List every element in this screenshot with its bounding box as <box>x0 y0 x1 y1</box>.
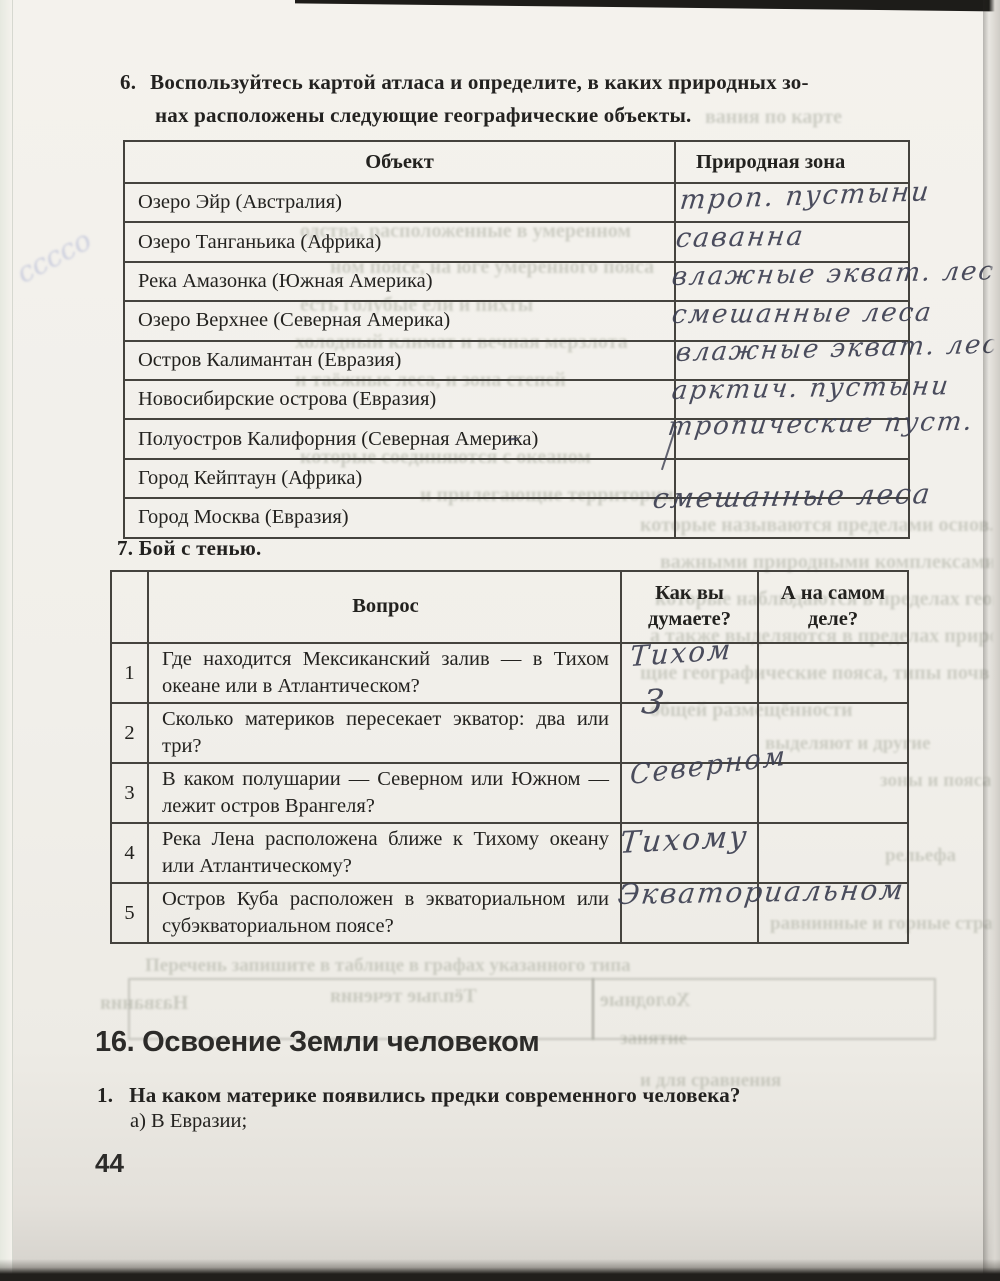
handwritten-answer: влажные экват. леса <box>670 256 1000 292</box>
section16-title: 16. Освоение Земли человеком <box>95 1026 539 1059</box>
bleed-through-text: вания по карте <box>705 106 842 129</box>
scan-edge-right <box>983 0 1000 1281</box>
row-number: 2 <box>112 704 147 762</box>
scanned-workbook-page: вания по карте одства, расположенные в у… <box>0 0 1000 1281</box>
question-cell: Остров Куба расположен в экваториальном … <box>147 884 620 942</box>
object-cell: Озеро Эйр (Австралия) <box>125 184 674 221</box>
object-cell: Озеро Верхнее (Северная Америка) <box>125 302 674 339</box>
task7-title: 7. Бой с тенью. <box>117 536 261 561</box>
table-row: 3 В каком полушарии — Северном или Южном… <box>112 762 907 822</box>
handwritten-answer: тропические пуст. <box>666 407 975 442</box>
row-number: 4 <box>112 824 147 882</box>
object-cell: Остров Калимантан (Евразия) <box>125 342 674 379</box>
column-header-object: Объект <box>125 142 674 182</box>
object-cell: Озеро Танганьика (Африка) <box>125 223 674 260</box>
question-text: Где находится Мексиканский залив — в Тих… <box>162 646 609 700</box>
task6-heading-line1: 6.Воспользуйтесь картой атласа и определ… <box>120 70 809 95</box>
task6-number: 6. <box>120 70 136 94</box>
question-number: 1. <box>97 1083 113 1107</box>
actual-cell <box>757 644 907 702</box>
handwritten-answer: саванна <box>674 221 806 254</box>
question-cell: Сколько материков пересекает экватор: дв… <box>147 704 620 762</box>
handwritten-answer: смешанные леса <box>651 477 934 515</box>
bleed-through-text: Перечень запишите в таблице в графах ука… <box>145 955 631 977</box>
object-cell: Город Кейптаун (Африка) <box>125 460 674 497</box>
margin-ink-bleed: ссссо <box>11 223 97 290</box>
page-number: 44 <box>95 1148 124 1179</box>
table-row: 2 Сколько материков пересекает экватор: … <box>112 702 907 762</box>
handwritten-answer: Экваториальном <box>616 873 907 911</box>
object-cell: Город Москва (Евразия) <box>125 499 674 536</box>
scan-edge-left <box>0 0 13 1281</box>
row-number: 1 <box>112 644 147 702</box>
question-text: Сколько материков пересекает экватор: дв… <box>162 706 609 760</box>
question-cell: В каком полушарии — Северном или Южном —… <box>147 764 620 822</box>
object-cell: Новосибирские острова (Евразия) <box>125 381 674 418</box>
handwritten-answer: Тихому <box>618 819 749 861</box>
question-text: На каком материке появились предки совре… <box>129 1083 740 1107</box>
column-header-guess: Как вы думаете? <box>620 572 757 642</box>
row-number: 3 <box>112 764 147 822</box>
question-text: Река Лена расположена ближе к Тихому оке… <box>162 826 609 880</box>
column-header-zone: Природная зона <box>674 142 908 182</box>
section16-question1: 1.На каком материке появились предки сов… <box>97 1083 741 1108</box>
question-text: Остров Куба расположен в экваториальном … <box>162 886 609 940</box>
handwritten-answer: арктич. пустыни <box>670 371 952 406</box>
scan-edge-bottom <box>0 1259 1000 1281</box>
table-row: 4 Река Лена расположена ближе к Тихому о… <box>112 822 907 882</box>
bleed-through-table-outline <box>592 978 936 1040</box>
question-cell: Река Лена расположена ближе к Тихому оке… <box>147 824 620 882</box>
object-cell: Река Амазонка (Южная Америка) <box>125 263 674 300</box>
handwritten-answer: смешанные леса <box>670 298 935 330</box>
row-number: 5 <box>112 884 147 942</box>
question-cell: Где находится Мексиканский залив — в Тих… <box>147 644 620 702</box>
object-cell: Полуостров Калифорния (Северная Америка) <box>125 420 674 457</box>
scan-edge-top <box>295 0 1000 13</box>
column-header-question: Вопрос <box>147 572 620 642</box>
option-a: а) В Евразии; <box>130 1110 247 1133</box>
column-header-actual: А на самом деле? <box>757 572 907 642</box>
table-header-row: Вопрос Как вы думаете? А на самом деле? <box>112 572 907 642</box>
table-header-row: Объект Природная зона <box>125 142 908 182</box>
table-row: 1 Где находится Мексиканский залив — в Т… <box>112 642 907 702</box>
task6-text-line1: Воспользуйтесь картой атласа и определит… <box>150 70 809 94</box>
question-text: В каком полушарии — Северном или Южном —… <box>162 766 609 820</box>
column-header-num <box>112 572 147 642</box>
task6-heading-line2: нах расположены следующие географические… <box>155 103 692 128</box>
